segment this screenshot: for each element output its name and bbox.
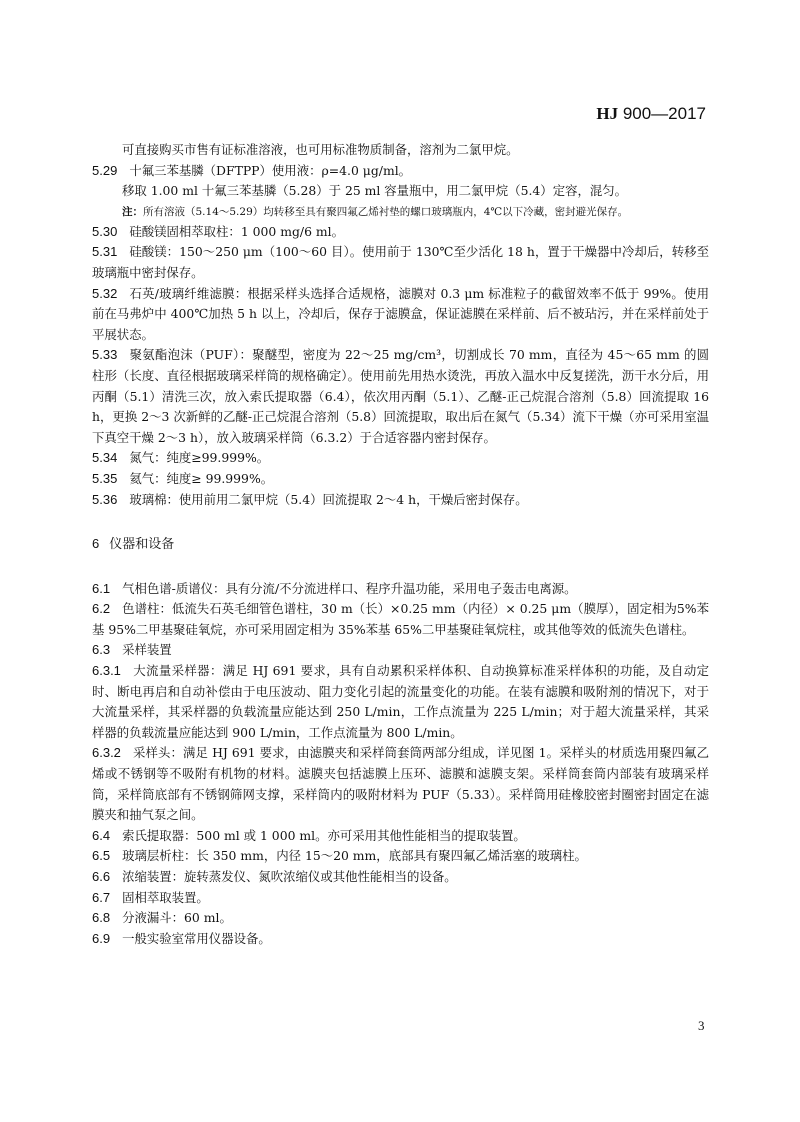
document-code: HJ 900—2017 xyxy=(596,104,706,124)
clause-6-7: 6.7固相萃取装置。 xyxy=(92,888,709,909)
clause-5-30: 5.30硅酸镁固相萃取柱：1 000 mg/6 ml。 xyxy=(92,222,709,243)
section-number: 6 xyxy=(92,536,99,551)
clause-5-35: 5.35氦气：纯度≥ 99.999%。 xyxy=(92,469,709,490)
clause-5-34: 5.34氮气：纯度≥99.999%。 xyxy=(92,448,709,469)
paragraph-intro: 可直接购买市售有证标准溶液，也可用标准物质制备，溶剂为二氯甲烷。 xyxy=(92,140,709,161)
clause-number: 6.3 xyxy=(92,642,110,657)
page-body: 可直接购买市售有证标准溶液，也可用标准物质制备，溶剂为二氯甲烷。 5.29十氟三… xyxy=(92,140,709,949)
clause-number: 5.32 xyxy=(92,286,117,301)
note: 注：所有溶液（5.14～5.29）均转移至具有聚四氟乙烯衬垫的螺口玻璃瓶内，4℃… xyxy=(92,202,709,222)
clause-text: 一般实验室常用仪器设备。 xyxy=(122,931,271,946)
clause-text: 玻璃层析柱：长 350 mm，内径 15～20 mm，底部具有聚四氟乙烯活塞的玻… xyxy=(122,848,587,863)
clause-text: 采样头：满足 HJ 691 要求，由滤膜夹和采样筒套筒两部分组成，详见图 1。采… xyxy=(92,745,709,822)
clause-number: 5.30 xyxy=(92,224,117,239)
clause-5-32: 5.32石英/玻璃纤维滤膜：根据采样头选择合适规格，滤膜对 0.3 μm 标准粒… xyxy=(92,284,709,346)
clause-number: 5.34 xyxy=(92,450,117,465)
clause-number: 5.33 xyxy=(92,347,117,362)
clause-number: 6.2 xyxy=(92,601,110,616)
clause-number: 6.1 xyxy=(92,581,110,596)
clause-number: 6.3.2 xyxy=(92,745,121,760)
clause-text: 大流量采样器：满足 HJ 691 要求，具有自动累积采样体积、自动换算标准采样体… xyxy=(92,663,709,740)
section-heading-6: 6仪器和设备 xyxy=(92,534,709,555)
section-title: 仪器和设备 xyxy=(109,536,174,551)
clause-text: 分液漏斗：60 ml。 xyxy=(122,910,232,925)
clause-6-3-1: 6.3.1大流量采样器：满足 HJ 691 要求，具有自动累积采样体积、自动换算… xyxy=(92,661,709,743)
clause-text: 硅酸镁固相萃取柱：1 000 mg/6 ml。 xyxy=(129,224,344,239)
clause-text: 聚氨酯泡沫（PUF）：聚醚型，密度为 22～25 mg/cm³，切割成长 70 … xyxy=(92,347,709,444)
clause-5-29: 5.29十氟三苯基膦（DFTPP）使用液：ρ=4.0 μg/ml。 xyxy=(92,161,709,182)
clause-text: 色谱柱：低流失石英毛细管色谱柱，30 m（长）×0.25 mm（内径）× 0.2… xyxy=(92,601,709,637)
clause-5-29-cont: 移取 1.00 ml 十氟三苯基膦（5.28）于 25 ml 容量瓶中，用二氯甲… xyxy=(92,181,709,202)
clause-number: 6.7 xyxy=(92,890,110,905)
clause-number: 6.6 xyxy=(92,869,110,884)
clause-6-6: 6.6浓缩装置：旋转蒸发仪、氮吹浓缩仪或其他性能相当的设备。 xyxy=(92,867,709,888)
clause-text: 浓缩装置：旋转蒸发仪、氮吹浓缩仪或其他性能相当的设备。 xyxy=(122,869,457,884)
clause-number: 6.4 xyxy=(92,828,110,843)
clause-6-5: 6.5玻璃层析柱：长 350 mm，内径 15～20 mm，底部具有聚四氟乙烯活… xyxy=(92,846,709,867)
clause-text: 固相萃取装置。 xyxy=(122,890,209,905)
clause-number: 5.35 xyxy=(92,471,117,486)
clause-text: 氮气：纯度≥99.999%。 xyxy=(129,450,269,465)
clause-text: 索氏提取器：500 ml 或 1 000 ml。亦可采用其他性能相当的提取装置。 xyxy=(122,828,526,843)
clause-5-36: 5.36玻璃棉：使用前用二氯甲烷（5.4）回流提取 2～4 h，干燥后密封保存。 xyxy=(92,490,709,511)
clause-number: 6.3.1 xyxy=(92,663,121,678)
clause-number: 6.5 xyxy=(92,848,110,863)
clause-number: 5.29 xyxy=(92,163,117,178)
clause-6-8: 6.8分液漏斗：60 ml。 xyxy=(92,908,709,929)
clause-6-9: 6.9一般实验室常用仪器设备。 xyxy=(92,929,709,950)
clause-text: 石英/玻璃纤维滤膜：根据采样头选择合适规格，滤膜对 0.3 μm 标准粒子的截留… xyxy=(92,286,709,342)
standard-number: 900—2017 xyxy=(623,104,706,123)
note-label: 注： xyxy=(122,206,143,218)
clause-6-1: 6.1气相色谱-质谱仪：具有分流/不分流进样口、程序升温功能，采用电子轰击电离源… xyxy=(92,579,709,600)
clause-text: 硅酸镁：150～250 μm（100～60 目）。使用前于 130℃至少活化 1… xyxy=(92,244,709,280)
clause-6-2: 6.2色谱柱：低流失石英毛细管色谱柱，30 m（长）×0.25 mm（内径）× … xyxy=(92,599,709,640)
page-number: 3 xyxy=(698,1018,705,1034)
clause-text: 十氟三苯基膦（DFTPP）使用液：ρ=4.0 μg/ml。 xyxy=(129,163,411,178)
clause-number: 5.31 xyxy=(92,244,117,259)
clause-6-3-2: 6.3.2采样头：满足 HJ 691 要求，由滤膜夹和采样筒套筒两部分组成，详见… xyxy=(92,743,709,825)
clause-text: 玻璃棉：使用前用二氯甲烷（5.4）回流提取 2～4 h，干燥后密封保存。 xyxy=(129,492,527,507)
clause-text: 氦气：纯度≥ 99.999%。 xyxy=(129,471,273,486)
clause-5-31: 5.31硅酸镁：150～250 μm（100～60 目）。使用前于 130℃至少… xyxy=(92,242,709,283)
note-text: 所有溶液（5.14～5.29）均转移至具有聚四氟乙烯衬垫的螺口玻璃瓶内，4℃以下… xyxy=(143,206,628,218)
clause-5-33: 5.33聚氨酯泡沫（PUF）：聚醚型，密度为 22～25 mg/cm³，切割成长… xyxy=(92,345,709,448)
clause-text: 采样装置 xyxy=(122,642,172,657)
clause-number: 6.9 xyxy=(92,931,110,946)
standard-prefix: HJ xyxy=(596,104,618,123)
clause-text: 气相色谱-质谱仪：具有分流/不分流进样口、程序升温功能，采用电子轰击电离源。 xyxy=(122,581,576,596)
clause-6-3: 6.3采样装置 xyxy=(92,640,709,661)
clause-number: 5.36 xyxy=(92,492,117,507)
clause-number: 6.8 xyxy=(92,910,110,925)
clause-6-4: 6.4索氏提取器：500 ml 或 1 000 ml。亦可采用其他性能相当的提取… xyxy=(92,826,709,847)
